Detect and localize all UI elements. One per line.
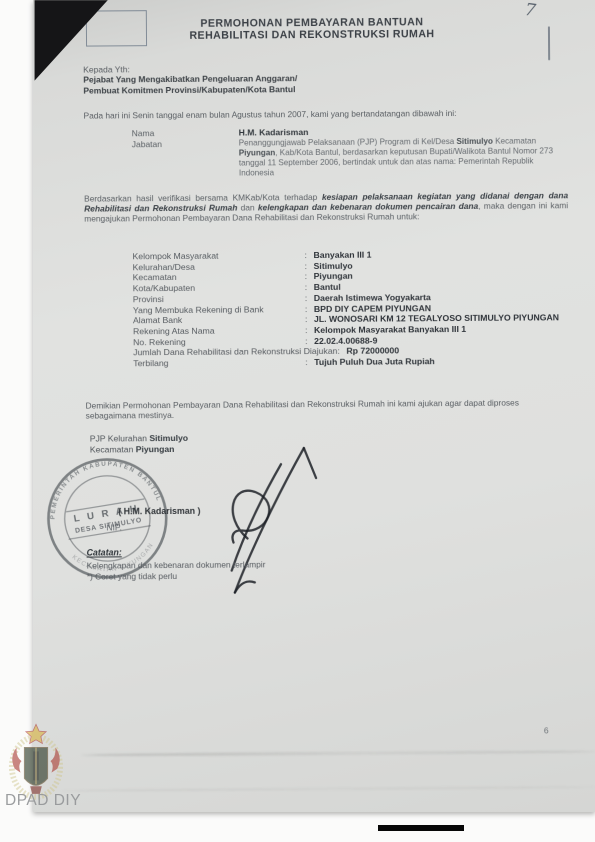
details-table: Kelompok MasyarakatBanyakan III 1 Kelura… <box>132 248 559 369</box>
document-content: 7 PERMOHONAN PEMBAYARAN BANTUAN REHABILI… <box>31 0 595 814</box>
colon-separator <box>305 261 314 272</box>
scanned-page: 7 PERMOHONAN PEMBAYARAN BANTUAN REHABILI… <box>33 0 595 812</box>
signature-stroke <box>232 491 269 543</box>
handwritten-signature <box>184 442 321 599</box>
detail-value: 22.02.4.00688-9 <box>314 335 377 346</box>
detail-value: Rp 72000000 <box>346 346 399 357</box>
detail-value: Daerah Istimewa Yogyakarta <box>314 292 431 304</box>
colon-separator <box>305 282 314 293</box>
role-village: Sitimulyo <box>456 137 492 146</box>
detail-value: Kelompok Masyarakat Banyakan III 1 <box>314 324 466 336</box>
paper-crease <box>81 750 595 757</box>
paper-crease <box>61 786 595 792</box>
detail-value: Bantul <box>314 282 341 293</box>
signatory-role: PJP Kelurahan <box>90 433 150 443</box>
printed-page-number: 6 <box>544 725 549 735</box>
detail-value: Tujuh Puluh Dua Juta Rupiah <box>314 356 435 368</box>
colon-separator <box>305 314 314 325</box>
document-title: PERMOHONAN PEMBAYARAN BANTUAN REHABILITA… <box>31 15 593 43</box>
role-district: Piyungan <box>239 148 275 157</box>
dpad-diy-watermark-text: DPAD DIY <box>5 792 81 810</box>
signature-stroke <box>304 448 316 478</box>
notes-line-1: Kelengkapan dan kebenaran dokumen terlam… <box>87 559 266 570</box>
detail-value: Banyakan III 1 <box>313 250 371 261</box>
role-mid: Kecamatan <box>493 136 536 145</box>
notes-heading: Catatan: <box>87 547 122 557</box>
recipient-block: Kepada Yth: Pejabat Yang Mengakibatkan P… <box>83 63 297 95</box>
colon-separator <box>305 357 314 368</box>
detail-row-terbilang: TerbilangTujuh Puluh Dua Juta Rupiah <box>133 355 559 369</box>
name-value: H.M. Kadarisman <box>239 127 309 137</box>
detail-value: BPD DIY CAPEM PIYUNGAN <box>314 303 431 315</box>
colon-separator <box>305 304 314 315</box>
closing-line: Demikian Permohonan Pembayaran Dana Reha… <box>86 397 566 421</box>
colon-separator <box>305 271 314 282</box>
scan-artifact-bar <box>378 825 464 831</box>
recipient-line-2: Pembuat Komitmen Provinsi/Kabupaten/Kota… <box>83 84 297 96</box>
signature-stroke <box>231 464 282 570</box>
signatory-line-1: PJP Kelurahan Sitimulyo <box>90 433 188 444</box>
detail-value: Sitimulyo <box>314 260 353 271</box>
detail-label: Terbilang <box>133 357 305 369</box>
role-post: , Kab/Kota Bantul, berdasarkan keputusan… <box>239 146 553 177</box>
role-pre: Penanggungjawab Pelaksanaan (PJP) Progra… <box>239 137 457 148</box>
colon-separator <box>304 250 313 261</box>
colon-separator <box>337 346 346 357</box>
colon-separator <box>305 325 314 336</box>
opening-line: Pada hari ini Senin tanggal enam bulan A… <box>83 107 565 120</box>
verif-part-2: dan <box>237 203 258 213</box>
notes-line-2: *) Coret yang tidak perlu <box>87 570 177 581</box>
verification-paragraph: Berdasarkan hasil verifikasi bersama KMK… <box>84 190 568 224</box>
detail-value: JL. WONOSARI KM 12 TEGALYOSO SITIMULYO P… <box>314 313 559 325</box>
role-label: Jabatan <box>132 139 162 149</box>
signature-stroke <box>234 448 305 592</box>
role-description: Penanggungjawab Pelaksanaan (PJP) Progra… <box>239 136 565 178</box>
verif-bold-2: kelengkapan dan kebenaran dokumen pencai… <box>258 201 478 213</box>
detail-value: Piyungan <box>314 271 353 282</box>
colon-separator <box>305 293 314 304</box>
title-line-2: REHABILITASI DAN REKONSTRUKSI RUMAH <box>31 27 593 43</box>
name-label: Nama <box>132 128 155 138</box>
colon-separator <box>305 336 314 347</box>
